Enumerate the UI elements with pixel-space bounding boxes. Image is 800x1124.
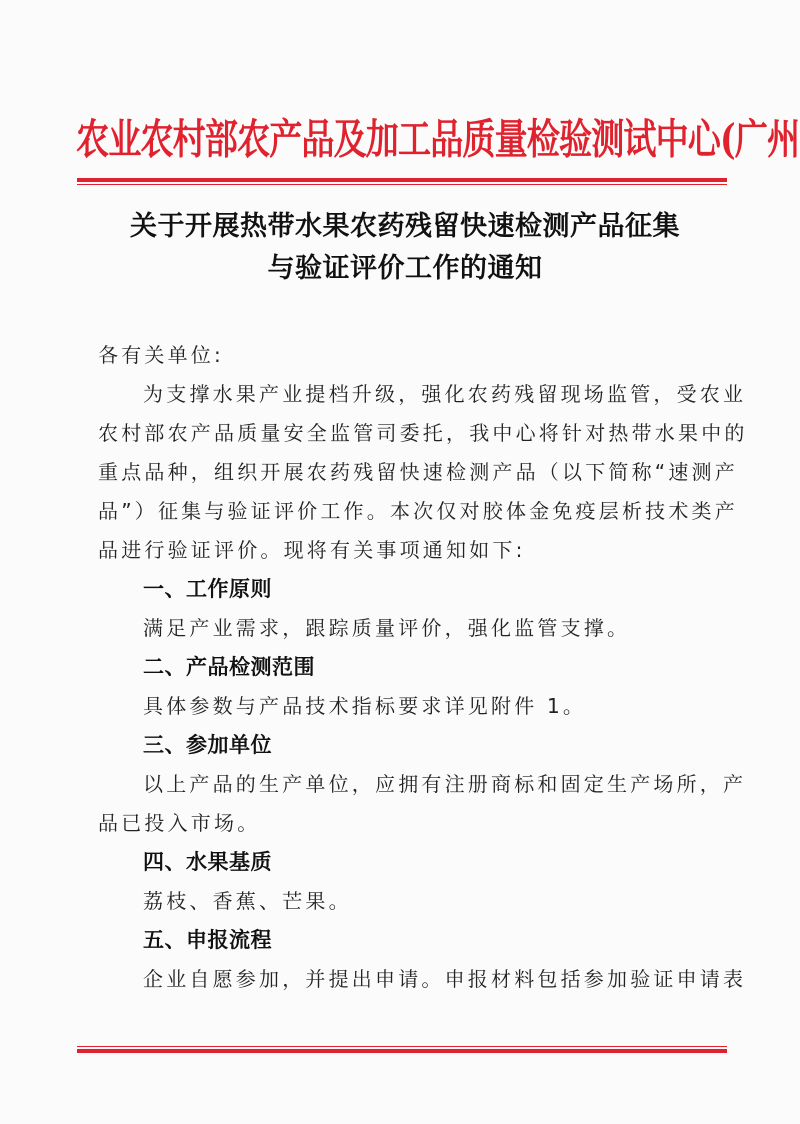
intro-paragraph-line: 为支撑水果产业提档升级，强化农药残留现场监管，受农业 [143,379,746,409]
section-heading-work-principles: 一、工作原则 [143,574,272,604]
section-body-line: 具体参数与产品技术指标要求详见附件 1。 [143,691,586,721]
section-body-line: 品已投入市场。 [98,808,260,838]
notice-title-line-2: 与验证评价工作的通知 [100,245,710,293]
masthead-organization-name: 农业农村部农产品及加工品质量检验测试中心(广州) [76,112,674,167]
section-body-line: 以上产品的生产单位，应拥有注册商标和固定生产场所，产 [143,769,746,799]
section-heading-fruit-matrix: 四、水果基质 [143,847,272,877]
intro-paragraph-line: 重点品种，组织开展农药残留快速检测产品（以下简称“速测产 [98,457,738,487]
notice-title-line-1: 关于开展热带水果农药残留快速检测产品征集 [100,203,710,251]
section-heading-detection-scope: 二、产品检测范围 [143,652,315,682]
footer-red-rule [77,1046,727,1053]
salutation: 各有关单位: [98,340,224,370]
section-body-line: 满足产业需求，跟踪质量评价，强化监管支撑。 [143,613,630,643]
section-heading-application-process: 五、申报流程 [143,925,272,955]
intro-paragraph-line: 品进行验证评价。现将有关事项通知如下: [98,535,526,565]
section-body-line: 荔枝、香蕉、芒果。 [143,886,352,916]
header-red-rule [77,178,727,185]
intro-paragraph-line: 农村部农产品质量安全监管司委托，我中心将针对热带水果中的 [98,418,748,448]
section-body-line: 企业自愿参加，并提出申请。申报材料包括参加验证申请表 [143,964,746,994]
section-heading-participants: 三、参加单位 [143,730,272,760]
intro-paragraph-line: 品”）征集与验证评价工作。本次仅对胶体金免疫层析技术类产 [98,496,738,526]
